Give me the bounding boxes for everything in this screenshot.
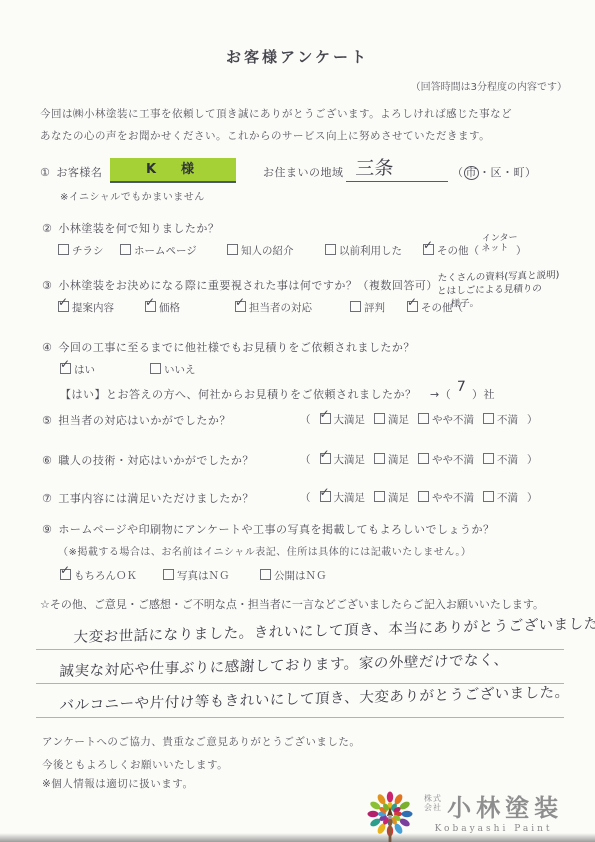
duration-note: （回答時間は3分程度の内容です）	[411, 78, 567, 93]
customer-name-field[interactable]: K 様	[110, 158, 236, 183]
q3-other-answer[interactable]: たくさんの資料(写真と説明)とはしごによる見積りの様子。	[436, 269, 559, 311]
company-name: 小林塗装	[447, 788, 563, 823]
intro-line-2: あなたの心の声をお聞かせください。これからのサービス向上に努めさせていただきます…	[40, 128, 490, 143]
city-circle-mark[interactable]: 市	[464, 166, 480, 180]
q2-option-used-before[interactable]: 以前利用した	[325, 243, 402, 258]
q1-name-label: ①お客様名	[40, 164, 102, 180]
q2-other-close: ）	[516, 243, 527, 258]
q1-number: ①	[40, 166, 50, 179]
q9-number: ⑨	[42, 523, 52, 536]
q4-followup: 【はい】とお答えの方へ、何社からお見積りをご依頼されましたか？	[60, 386, 417, 402]
checkbox[interactable]	[320, 413, 331, 424]
intro-line-1: 今回は㈱小林塗装に工事を依頼して頂き誠にありがとうございます。よろしければ感じた…	[40, 106, 512, 121]
checkbox[interactable]	[120, 244, 131, 255]
q2-option-other[interactable]: その他（	[423, 243, 479, 258]
footer-privacy: ※個人情報は適切に扱います。	[42, 776, 193, 791]
q4-question: ④今回の工事に至るまでに他社様でもお見積りをご依頼されましたか？	[42, 339, 415, 355]
q7-scale: （ 大満足 満足 やや不満 不満 ）	[300, 490, 538, 505]
survey-page: お客様アンケート （回答時間は3分程度の内容です） 今回は㈱小林塗装に工事を依頼…	[0, 0, 595, 842]
q2-number: ②	[42, 222, 52, 235]
checkbox[interactable]	[374, 413, 385, 424]
checkbox[interactable]	[320, 453, 331, 464]
q4-count-open: →（	[430, 386, 451, 402]
q5-scale: （ 大満足 満足 やや不満 不満 ）	[300, 412, 538, 427]
checkbox[interactable]	[163, 569, 174, 580]
checkbox[interactable]	[483, 491, 494, 502]
q9-option-photo-ng[interactable]: 写真はＮＧ	[163, 568, 230, 583]
initial-note: ※イニシャルでもかまいません	[60, 188, 205, 203]
q6-option-daimanzoku[interactable]: 大満足	[320, 452, 366, 467]
checkbox[interactable]	[325, 244, 336, 255]
q5-question: ⑤担当者の対応はいかがでしたか？	[42, 412, 231, 428]
checkbox[interactable]	[407, 301, 418, 312]
comment-rule-3	[36, 717, 564, 718]
q3-number: ③	[42, 279, 52, 292]
q6-option-yayafuman[interactable]: やや不満	[418, 452, 474, 467]
q7-question: ⑦工事内容には満足いただけましたか？	[42, 490, 254, 506]
q2-question: ②小林塗装を何で知りましたか？	[42, 220, 219, 236]
q2-other-answer[interactable]: インターネット	[481, 233, 518, 254]
q4-count-field[interactable]: 7	[456, 379, 466, 395]
q2-option-chirashi[interactable]: チラシ	[58, 243, 104, 258]
q7-option-manzoku[interactable]: 満足	[374, 490, 409, 505]
q5-option-yayafuman[interactable]: やや不満	[418, 412, 474, 427]
q3-option-proposal[interactable]: 提案内容	[58, 300, 114, 315]
comment-line-1[interactable]: 大変お世話になりました。きれいにして頂き、本当にありがとうございました。	[73, 612, 595, 647]
checkbox[interactable]	[320, 491, 331, 502]
footer-thanks-2: 今後ともよろしくお願いいたします。	[42, 757, 228, 772]
q9-option-publish-ng[interactable]: 公開はＮＧ	[260, 568, 327, 583]
q6-question: ⑥職人の技術・対応はいかがでしたか？	[42, 452, 254, 468]
checkbox[interactable]	[418, 491, 429, 502]
q4-option-yes[interactable]: はい	[60, 362, 95, 377]
company-prefix: 株式会社	[424, 794, 442, 812]
checkbox[interactable]	[418, 413, 429, 424]
checkbox[interactable]	[483, 413, 494, 424]
checkbox[interactable]	[374, 491, 385, 502]
q7-option-fuman[interactable]: 不満	[483, 490, 518, 505]
checkbox[interactable]	[58, 301, 69, 312]
q2-option-homepage[interactable]: ホームページ	[120, 243, 197, 258]
q2-option-referral[interactable]: 知人の紹介	[227, 243, 294, 258]
company-logo-text: 株式会社 小林塗装 Kobayashi Paint	[424, 788, 563, 834]
q9-question: ⑨ホームページや印刷物にアンケートや工事の写真を掲載してもよろしいでしょうか？	[42, 521, 495, 537]
checkbox[interactable]	[227, 244, 238, 255]
checkbox[interactable]	[483, 453, 494, 464]
checkbox[interactable]	[58, 244, 69, 255]
q5-option-daimanzoku[interactable]: 大満足	[320, 412, 366, 427]
comment-line-3[interactable]: バルコニーや片付け等もきれいにして頂き、大変ありがとうございました。	[59, 681, 570, 715]
q4-count-close: ）社	[472, 386, 495, 402]
checkbox[interactable]	[423, 244, 434, 255]
q5-option-fuman[interactable]: 不満	[483, 412, 518, 427]
checkbox[interactable]	[145, 301, 156, 312]
area-field[interactable]: 三条	[355, 153, 394, 181]
checkbox[interactable]	[150, 363, 161, 374]
checkbox[interactable]	[60, 363, 71, 374]
checkbox[interactable]	[60, 569, 71, 580]
checkbox[interactable]	[350, 301, 361, 312]
q6-option-fuman[interactable]: 不満	[483, 452, 518, 467]
q9-option-ok[interactable]: もちろんＯＫ	[60, 568, 137, 583]
q6-option-manzoku[interactable]: 満足	[374, 452, 409, 467]
q5-number: ⑤	[42, 414, 52, 427]
footer-thanks-1: アンケートへのご協力、貴重なご意見ありがとうございました。	[42, 734, 360, 749]
checkbox[interactable]	[374, 453, 385, 464]
scan-edge-shade	[0, 833, 595, 842]
comment-prompt: ☆その他、ご意見・ご感想・ご不明な点・担当者に一言などございましたらご記入お願い…	[40, 596, 544, 612]
checkbox[interactable]	[260, 569, 271, 580]
q7-option-yayafuman[interactable]: やや不満	[418, 490, 474, 505]
page-title: お客様アンケート	[0, 46, 595, 67]
q3-option-reputation[interactable]: 評判	[350, 300, 385, 315]
q3-option-price[interactable]: 価格	[145, 300, 180, 315]
q1-city-ward-town: （市・区・町）	[452, 164, 537, 180]
q5-option-manzoku[interactable]: 満足	[374, 412, 409, 427]
comment-line-2[interactable]: 誠実な対応や仕事ぶりに感謝しております。家の外壁だけでなく、	[59, 648, 509, 681]
q9-note: （※掲載する場合は、お名前はイニシャル表記、住所は具体的には記載いたしません。）	[58, 543, 471, 558]
q1-area-label: お住まいの地域	[263, 164, 344, 180]
checkbox[interactable]	[418, 453, 429, 464]
q6-scale: （ 大満足 満足 やや不満 不満 ）	[300, 452, 538, 467]
checkbox[interactable]	[235, 301, 246, 312]
q3-option-staff[interactable]: 担当者の対応	[235, 300, 312, 315]
q4-option-no[interactable]: いいえ	[150, 362, 196, 377]
q6-number: ⑥	[42, 454, 52, 467]
q7-option-daimanzoku[interactable]: 大満足	[320, 490, 366, 505]
q7-number: ⑦	[42, 492, 52, 505]
q4-number: ④	[42, 341, 52, 354]
q3-question: ③小林塗装をお決めになる際に重要視された事は何ですか？（複数回答可）	[42, 277, 438, 293]
